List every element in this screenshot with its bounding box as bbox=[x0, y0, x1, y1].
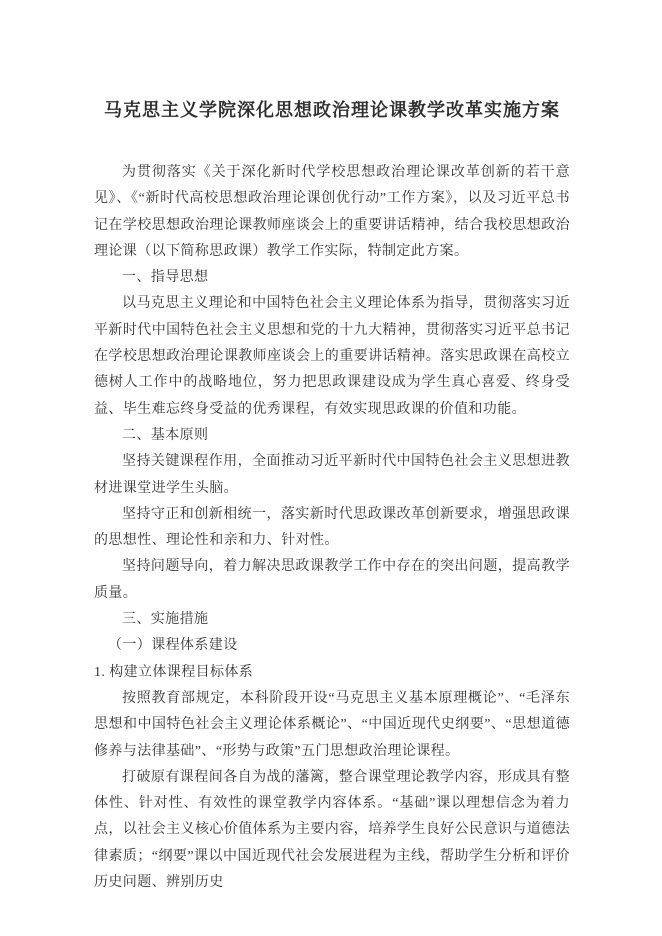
section-heading-3: 三、实施措施 bbox=[94, 607, 570, 633]
document-page: 马克思主义学院深化思想政治理论课教学改革实施方案 为贯彻落实《关于深化新时代学校… bbox=[0, 0, 662, 936]
paragraph-course-integration: 打破原有课程间各自为战的藩篱，整合课堂理论教学内容，形成具有整体性、针对性、有效… bbox=[94, 765, 570, 896]
document-body: 为贯彻落实《关于深化新时代学校思想政治理论课改革创新的若干意见》、《“新时代高校… bbox=[94, 160, 570, 896]
paragraph-course-list: 按照教育部规定，本科阶段开设“马克思主义基本原理概论”、“毛泽东思想和中国特色社… bbox=[94, 686, 570, 765]
paragraph-guiding-ideology: 以马克思主义理论和中国特色社会主义理论体系为指导，贯彻落实习近平新时代中国特色社… bbox=[94, 291, 570, 422]
paragraph-principle-2: 坚持守正和创新相统一，落实新时代思政课改革创新要求，增强思政课的思想性、理论性和… bbox=[94, 502, 570, 555]
paragraph-principle-3: 坚持问题导向，着力解决思政课教学工作中存在的突出问题，提高教学质量。 bbox=[94, 554, 570, 607]
paragraph-intro: 为贯彻落实《关于深化新时代学校思想政治理论课改革创新的若干意见》、《“新时代高校… bbox=[94, 160, 570, 265]
section-heading-2: 二、基本原则 bbox=[94, 423, 570, 449]
subsection-heading-course-system: （一）课程体系建设 bbox=[94, 633, 570, 659]
section-heading-1: 一、指导思想 bbox=[94, 265, 570, 291]
subsection-heading-objective-system: 1. 构建立体课程目标体系 bbox=[94, 660, 570, 686]
document-title: 马克思主义学院深化思想政治理论课教学改革实施方案 bbox=[94, 96, 570, 124]
paragraph-principle-1: 坚持关键课程作用，全面推动习近平新时代中国特色社会主义思想进教材进课堂进学生头脑… bbox=[94, 449, 570, 502]
